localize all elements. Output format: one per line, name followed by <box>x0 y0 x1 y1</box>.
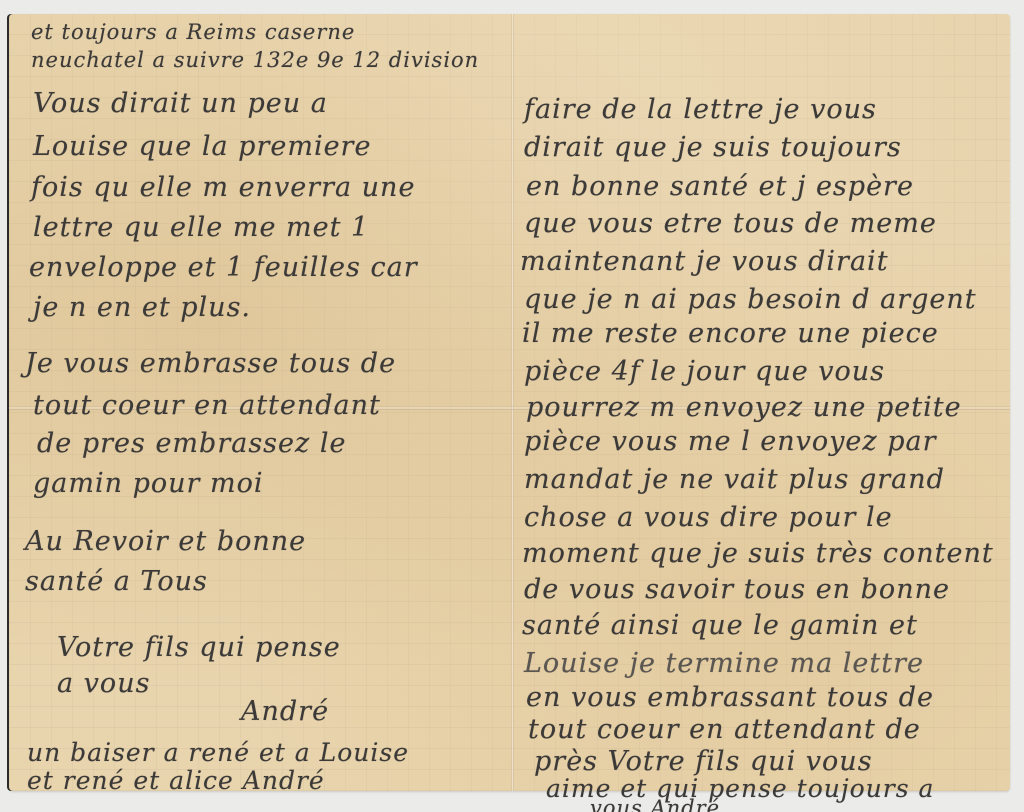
handwritten-line: près Votre fils qui vous <box>534 746 873 777</box>
handwritten-line: santé a Tous <box>25 566 208 597</box>
handwritten-line: Vous dirait un peu a <box>33 88 328 119</box>
handwritten-line: tout coeur en attendant de <box>528 714 921 745</box>
handwritten-line: que vous etre tous de meme <box>524 208 937 239</box>
letter-sheet: et toujours a Reims caserne neuchatel a … <box>9 14 1010 791</box>
signature: vous André <box>590 796 720 812</box>
handwritten-line: en vous embrassant tous de <box>526 682 934 713</box>
handwritten-line: pourrez m envoyez une petite <box>526 392 962 423</box>
handwritten-line: et rené et alice André <box>27 766 325 795</box>
handwritten-line: Je vous embrasse tous de <box>25 348 396 379</box>
handwritten-line: maintenant je vous dirait <box>520 246 889 277</box>
handwritten-line: Louise je termine ma lettre <box>524 648 924 679</box>
handwritten-line: gamin pour moi <box>33 468 264 499</box>
handwritten-line: pièce 4f le jour que vous <box>524 356 885 387</box>
handwritten-line: Votre fils qui pense <box>57 632 341 663</box>
left-page: et toujours a Reims caserne neuchatel a … <box>9 14 511 791</box>
signature: André <box>241 696 329 727</box>
handwritten-line: de pres embrassez le <box>37 428 346 459</box>
handwritten-line: il me reste encore une piece <box>522 318 939 349</box>
handwritten-line: fois qu elle m enverra une <box>31 172 415 203</box>
handwritten-line: faire de la lettre je vous <box>524 94 877 125</box>
handwritten-line: de vous savoir tous en bonne <box>524 574 950 605</box>
handwritten-line: santé ainsi que le gamin et <box>522 610 918 641</box>
handwritten-line: je n en et plus. <box>33 292 251 323</box>
handwritten-line: Louise que la premiere <box>33 131 371 162</box>
handwritten-line: Au Revoir et bonne <box>25 526 306 557</box>
handwritten-line: a vous <box>57 668 150 699</box>
handwritten-line: neuchatel a suivre 132e 9e 12 division <box>31 48 479 72</box>
handwritten-line: dirait que je suis toujours <box>524 132 902 163</box>
handwritten-line: un baiser a rené et a Louise <box>27 738 409 767</box>
handwritten-line: chose a vous dire pour le <box>524 502 893 533</box>
handwritten-line: et toujours a Reims caserne <box>31 20 355 44</box>
handwritten-line: pièce vous me l envoyez par <box>524 426 937 457</box>
handwritten-line: lettre qu elle me met 1 <box>33 212 369 243</box>
handwritten-line: mandat je ne vait plus grand <box>524 464 945 495</box>
handwritten-line: moment que je suis très content <box>522 538 994 569</box>
handwritten-line: en bonne santé et j espère <box>526 171 914 202</box>
right-page: faire de la lettre je vous dirait que je… <box>514 14 1010 791</box>
handwritten-line: enveloppe et 1 feuilles car <box>29 252 418 283</box>
handwritten-line: que je n ai pas besoin d argent <box>524 284 977 315</box>
handwritten-line: tout coeur en attendant <box>33 390 381 421</box>
